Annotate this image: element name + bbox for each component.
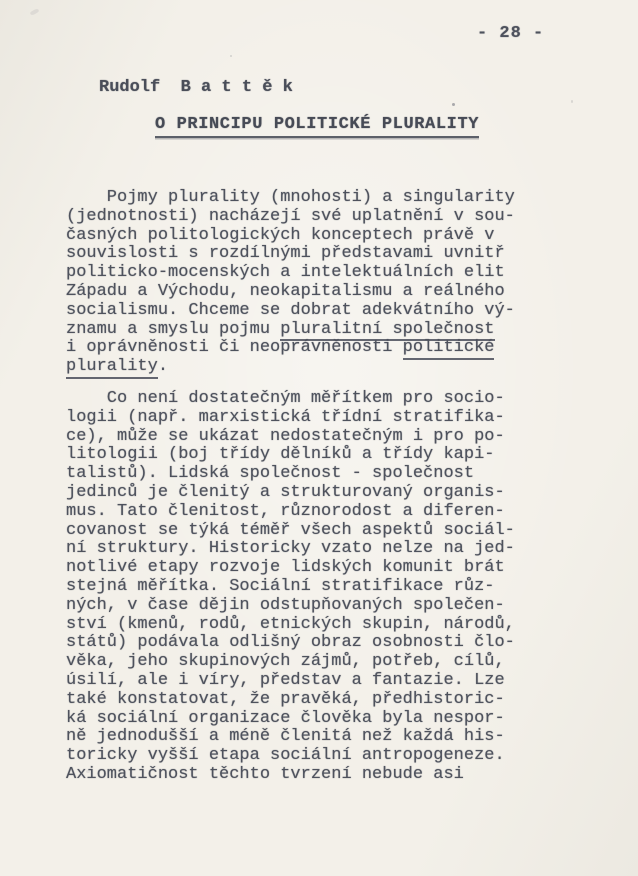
text-segment: stejná měřítka. Sociální stratifikace rů…	[66, 577, 494, 596]
text-segment: ně jednodušší a méně členitá než každá h…	[66, 727, 505, 746]
text-segment: souvislosti s rozdílnými představami uvn…	[66, 244, 505, 263]
text-segment: notlivé etapy rozvoje lidských komunit b…	[66, 558, 505, 577]
paper-speck	[452, 103, 455, 106]
text-segment: věka, jeho skupinových zájmů, potřeb, cí…	[66, 652, 505, 671]
paper-speck	[571, 100, 573, 103]
text-segment: (jednotnosti) nacházejí své uplatnění v …	[66, 207, 515, 226]
text-line: Západu a Východu, neokapitalismu a reáln…	[66, 283, 566, 302]
text-segment: politicko-mocenských a intelektuálních e…	[66, 263, 505, 282]
text-line: plurality.	[66, 358, 566, 377]
document-body: Pojmy plurality (mnohosti) a singularity…	[66, 189, 566, 798]
text-line: mus. Tato členitost, různorodost a difer…	[66, 503, 566, 522]
text-line: i oprávněnosti či neoprávněnosti politic…	[66, 339, 566, 358]
text-segment: .	[158, 357, 168, 376]
text-line: covanost se týká téměř všech aspektů soc…	[66, 522, 566, 541]
text-segment: států) podávala odlišný obraz osobnosti …	[66, 633, 515, 652]
text-segment: ní struktury. Historicky vzato nelze na …	[66, 539, 515, 558]
text-line: ství (kmenů, rodů, etnických skupin, nár…	[66, 616, 566, 635]
text-line: talistů). Lidská společnost - společnost	[66, 465, 566, 484]
text-line: ce), může se ukázat nedostatečným i pro …	[66, 428, 566, 447]
paragraph: Co není dostatečným měřítkem pro socio-l…	[66, 390, 566, 785]
document-title: O PRINCIPU POLITICKÉ PLURALITY	[155, 115, 479, 138]
text-line: toricky vyšší etapa sociální antropogene…	[66, 747, 566, 766]
text-line: politicko-mocenských a intelektuálních e…	[66, 264, 566, 283]
text-segment: ství (kmenů, rodů, etnických skupin, nár…	[66, 615, 515, 634]
text-line: států) podávala odlišný obraz osobnosti …	[66, 634, 566, 653]
text-line: úsilí, ale i víry, představ a fantazie. …	[66, 672, 566, 691]
text-segment: mus. Tato členitost, různorodost a difer…	[66, 502, 505, 521]
paper-speck	[230, 55, 232, 57]
text-segment: socialismu. Chceme se dobrat adekvátního…	[66, 301, 515, 320]
text-segment: ce), může se ukázat nedostatečným i pro …	[66, 427, 505, 446]
text-line: notlivé etapy rozvoje lidských komunit b…	[66, 559, 566, 578]
text-segment: časných politologických konceptech právě…	[66, 226, 494, 245]
text-line: logii (např. marxistická třídní stratifi…	[66, 409, 566, 428]
text-segment: Pojmy plurality (mnohosti) a singularity	[66, 188, 515, 207]
text-segment: covanost se týká téměř všech aspektů soc…	[66, 521, 515, 540]
text-line: ných, v čase dějin odstupňovaných společ…	[66, 597, 566, 616]
underlined-text: plurality	[66, 357, 158, 379]
text-line: ně jednodušší a méně členitá než každá h…	[66, 728, 566, 747]
page-number: - 28 -	[477, 24, 544, 43]
text-line: ká sociální organizace člověka byla nesp…	[66, 710, 566, 729]
text-segment: úsilí, ale i víry, představ a fantazie. …	[66, 671, 505, 690]
text-line: Axiomatičnost těchto tvrzení nebude asi	[66, 766, 566, 785]
text-line: (jednotnosti) nacházejí své uplatnění v …	[66, 208, 566, 227]
text-line: jedinců je členitý a strukturovaný organ…	[66, 484, 566, 503]
text-line: litologii (boj třídy dělníků a třídy kap…	[66, 446, 566, 465]
text-segment: ká sociální organizace člověka byla nesp…	[66, 709, 505, 728]
scanned-typewritten-page: - 28 - Rudolf B a t t ě k O PRINCIPU POL…	[0, 0, 638, 876]
text-line: znamu a smyslu pojmu pluralitní společno…	[66, 321, 566, 340]
text-line: stejná měřítka. Sociální stratifikace rů…	[66, 578, 566, 597]
text-line: věka, jeho skupinových zájmů, potřeb, cí…	[66, 653, 566, 672]
text-line: souvislosti s rozdílnými představami uvn…	[66, 245, 566, 264]
text-segment: logii (např. marxistická třídní stratifi…	[66, 408, 505, 427]
text-segment: také konstatovat, že pravěká, předhistor…	[66, 690, 505, 709]
text-line: Co není dostatečným měřítkem pro socio-	[66, 390, 566, 409]
text-segment: toricky vyšší etapa sociální antropogene…	[66, 746, 505, 765]
text-segment: Axiomatičnost těchto tvrzení nebude asi	[66, 765, 464, 784]
text-segment: jedinců je členitý a strukturovaný organ…	[66, 483, 505, 502]
paper-smudge	[30, 8, 40, 15]
text-segment: i oprávněnosti či neoprávněnosti	[66, 338, 403, 357]
text-segment: ných, v čase dějin odstupňovaných společ…	[66, 596, 505, 615]
text-line: časných politologických konceptech právě…	[66, 227, 566, 246]
text-segment: talistů). Lidská společnost - společnost	[66, 464, 474, 483]
text-line: ní struktury. Historicky vzato nelze na …	[66, 540, 566, 559]
text-segment: Západu a Východu, neokapitalismu a reáln…	[66, 282, 505, 301]
paragraph: Pojmy plurality (mnohosti) a singularity…	[66, 189, 566, 377]
text-line: také konstatovat, že pravěká, předhistor…	[66, 691, 566, 710]
text-segment: znamu a smyslu pojmu	[66, 320, 280, 339]
underlined-text: politické	[403, 338, 495, 360]
text-segment: litologii (boj třídy dělníků a třídy kap…	[66, 445, 494, 464]
text-segment: Co není dostatečným měřítkem pro socio-	[66, 389, 505, 408]
author-name: Rudolf B a t t ě k	[99, 78, 293, 97]
text-line: Pojmy plurality (mnohosti) a singularity	[66, 189, 566, 208]
text-line: socialismu. Chceme se dobrat adekvátního…	[66, 302, 566, 321]
